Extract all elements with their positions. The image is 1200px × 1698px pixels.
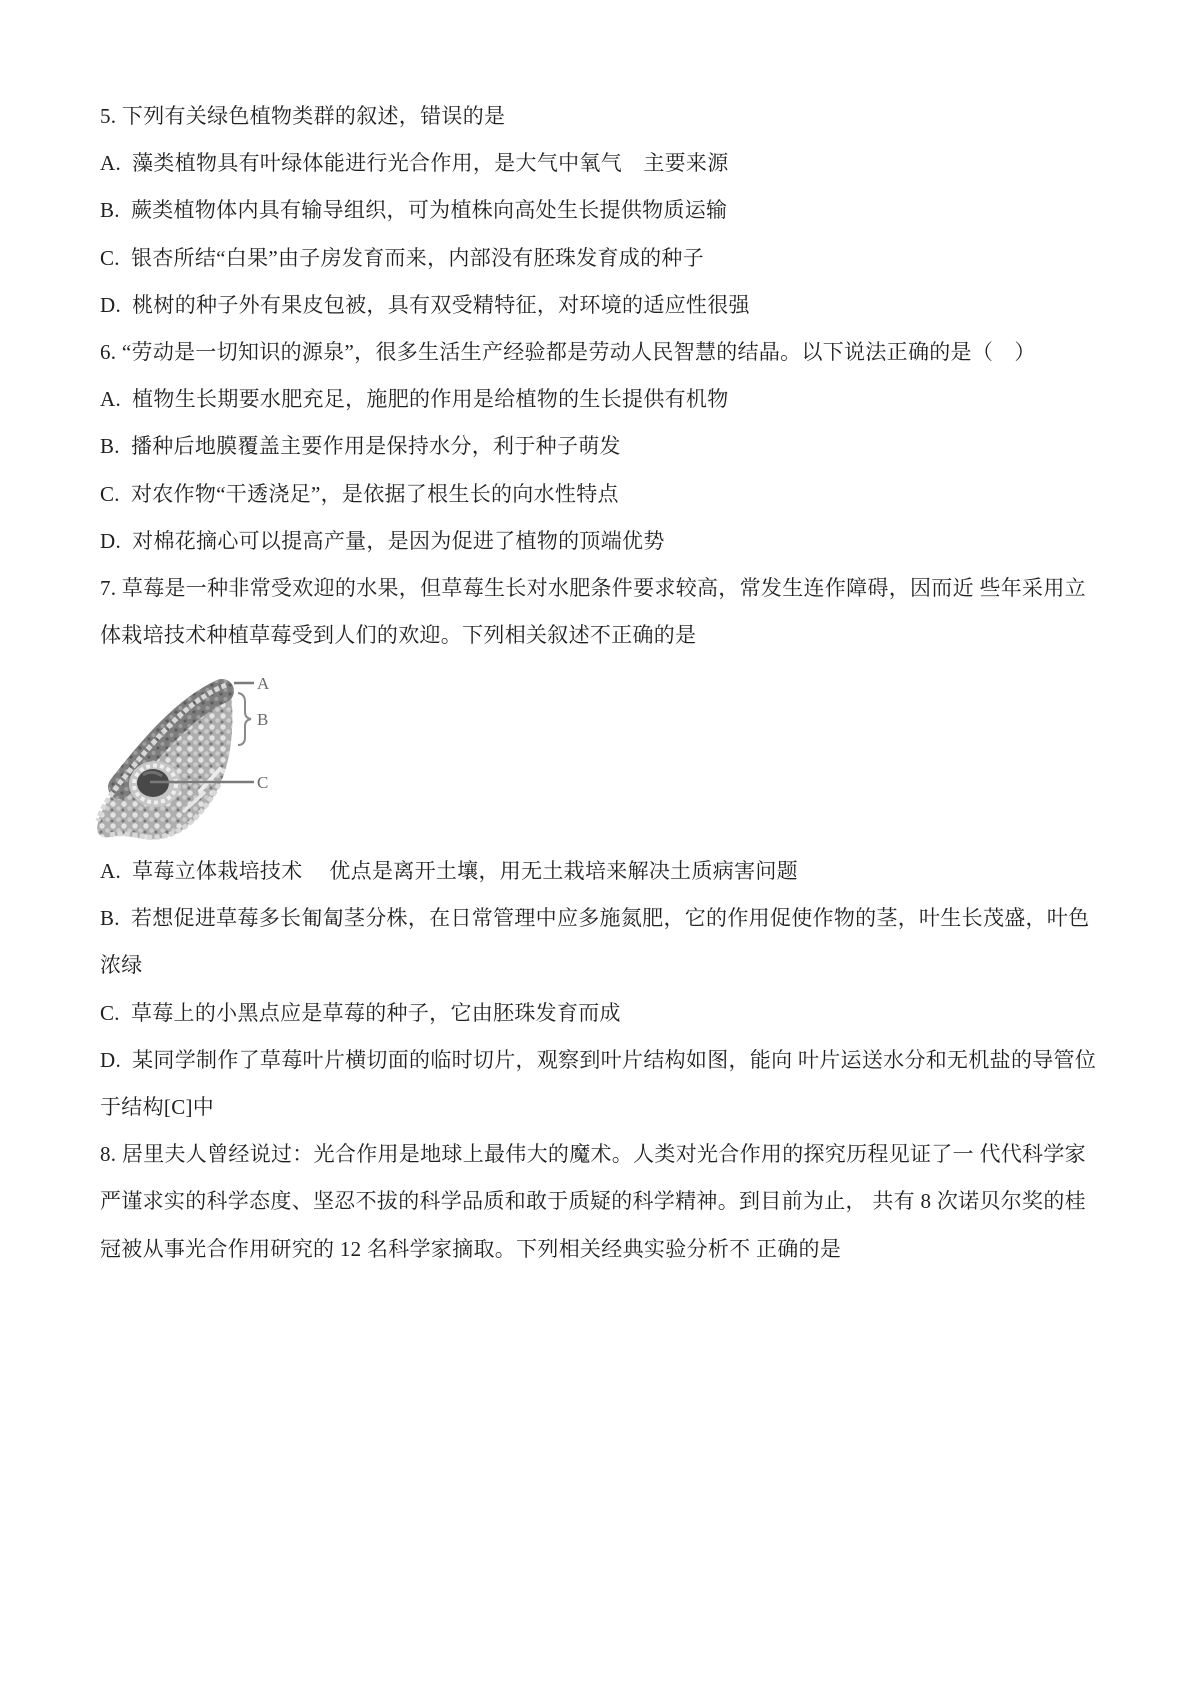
- q6-option-d: D. 对棉花摘心可以提高产量，是因为促进了植物的顶端优势: [100, 518, 1110, 565]
- q5-option-b: B. 蕨类植物体内具有输导组织，可为植株向高处生长提供物质运输: [100, 187, 1110, 234]
- q7-option-b-line-1: B. 若想促进草莓多长匍匐茎分株，在日常管理中应多施氮肥，它的作用促使作物的茎，…: [100, 895, 1110, 942]
- q7-stem-line-2: 体栽培技术种植草莓受到人们的欢迎。下列相关叙述不正确的是: [100, 612, 1110, 659]
- exam-page: 5. 下列有关绿色植物类群的叙述，错误的是 A. 藻类植物具有叶绿体能进行光合作…: [0, 0, 1200, 1698]
- leaf-cross-section-image: A B C: [88, 669, 278, 847]
- figure-label-a: A: [257, 674, 270, 693]
- q7-option-d-line-2: 于结构[C]中: [100, 1084, 1110, 1131]
- q6-stem: 6. “劳动是一切知识的源泉”，很多生活生产经验都是劳动人民智慧的结晶。以下说法…: [100, 329, 1110, 376]
- q5-stem: 5. 下列有关绿色植物类群的叙述，错误的是: [100, 93, 1110, 140]
- q5-option-c: C. 银杏所结“白果”由子房发育而来，内部没有胚珠发育成的种子: [100, 235, 1110, 282]
- q7-option-b-line-2: 浓绿: [100, 942, 1110, 989]
- q7-option-a: A. 草莓立体栽培技术 优点是离开土壤，用无土栽培来解决土质病害问题: [100, 848, 1110, 895]
- figure-brace-b: [238, 693, 251, 745]
- q7-stem-line-1: 7. 草莓是一种非常受欢迎的水果，但草莓生长对水肥条件要求较高，常发生连作障碍，…: [100, 565, 1110, 612]
- q8-stem-line-2: 严谨求实的科学态度、坚忍不拔的科学品质和敢于质疑的科学精神。到目前为止， 共有 …: [100, 1178, 1110, 1225]
- figure-label-c: C: [257, 773, 268, 792]
- leaf-cross-section-figure: A B C: [100, 659, 1110, 848]
- q7-option-c: C. 草莓上的小黑点应是草莓的种子，它由胚珠发育而成: [100, 990, 1110, 1037]
- q5-option-a: A. 藻类植物具有叶绿体能进行光合作用，是大气中氧气 主要来源: [100, 140, 1110, 187]
- exam-content: 5. 下列有关绿色植物类群的叙述，错误的是 A. 藻类植物具有叶绿体能进行光合作…: [100, 93, 1110, 1273]
- q6-option-c: C. 对农作物“干透浇足”，是依据了根生长的向水性特点: [100, 471, 1110, 518]
- q6-option-b: B. 播种后地膜覆盖主要作用是保持水分，利于种子萌发: [100, 423, 1110, 470]
- q5-option-d: D. 桃树的种子外有果皮包被，具有双受精特征，对环境的适应性很强: [100, 282, 1110, 329]
- figure-label-b: B: [257, 710, 268, 729]
- q8-stem-line-1: 8. 居里夫人曾经说过：光合作用是地球上最伟大的魔术。人类对光合作用的探究历程见…: [100, 1131, 1110, 1178]
- q8-stem-line-3: 冠被从事光合作用研究的 12 名科学家摘取。下列相关经典实验分析不 正确的是: [100, 1226, 1110, 1273]
- q6-option-a: A. 植物生长期要水肥充足，施肥的作用是给植物的生长提供有机物: [100, 376, 1110, 423]
- q7-option-d-line-1: D. 某同学制作了草莓叶片横切面的临时切片，观察到叶片结构如图，能向 叶片运送水…: [100, 1037, 1110, 1084]
